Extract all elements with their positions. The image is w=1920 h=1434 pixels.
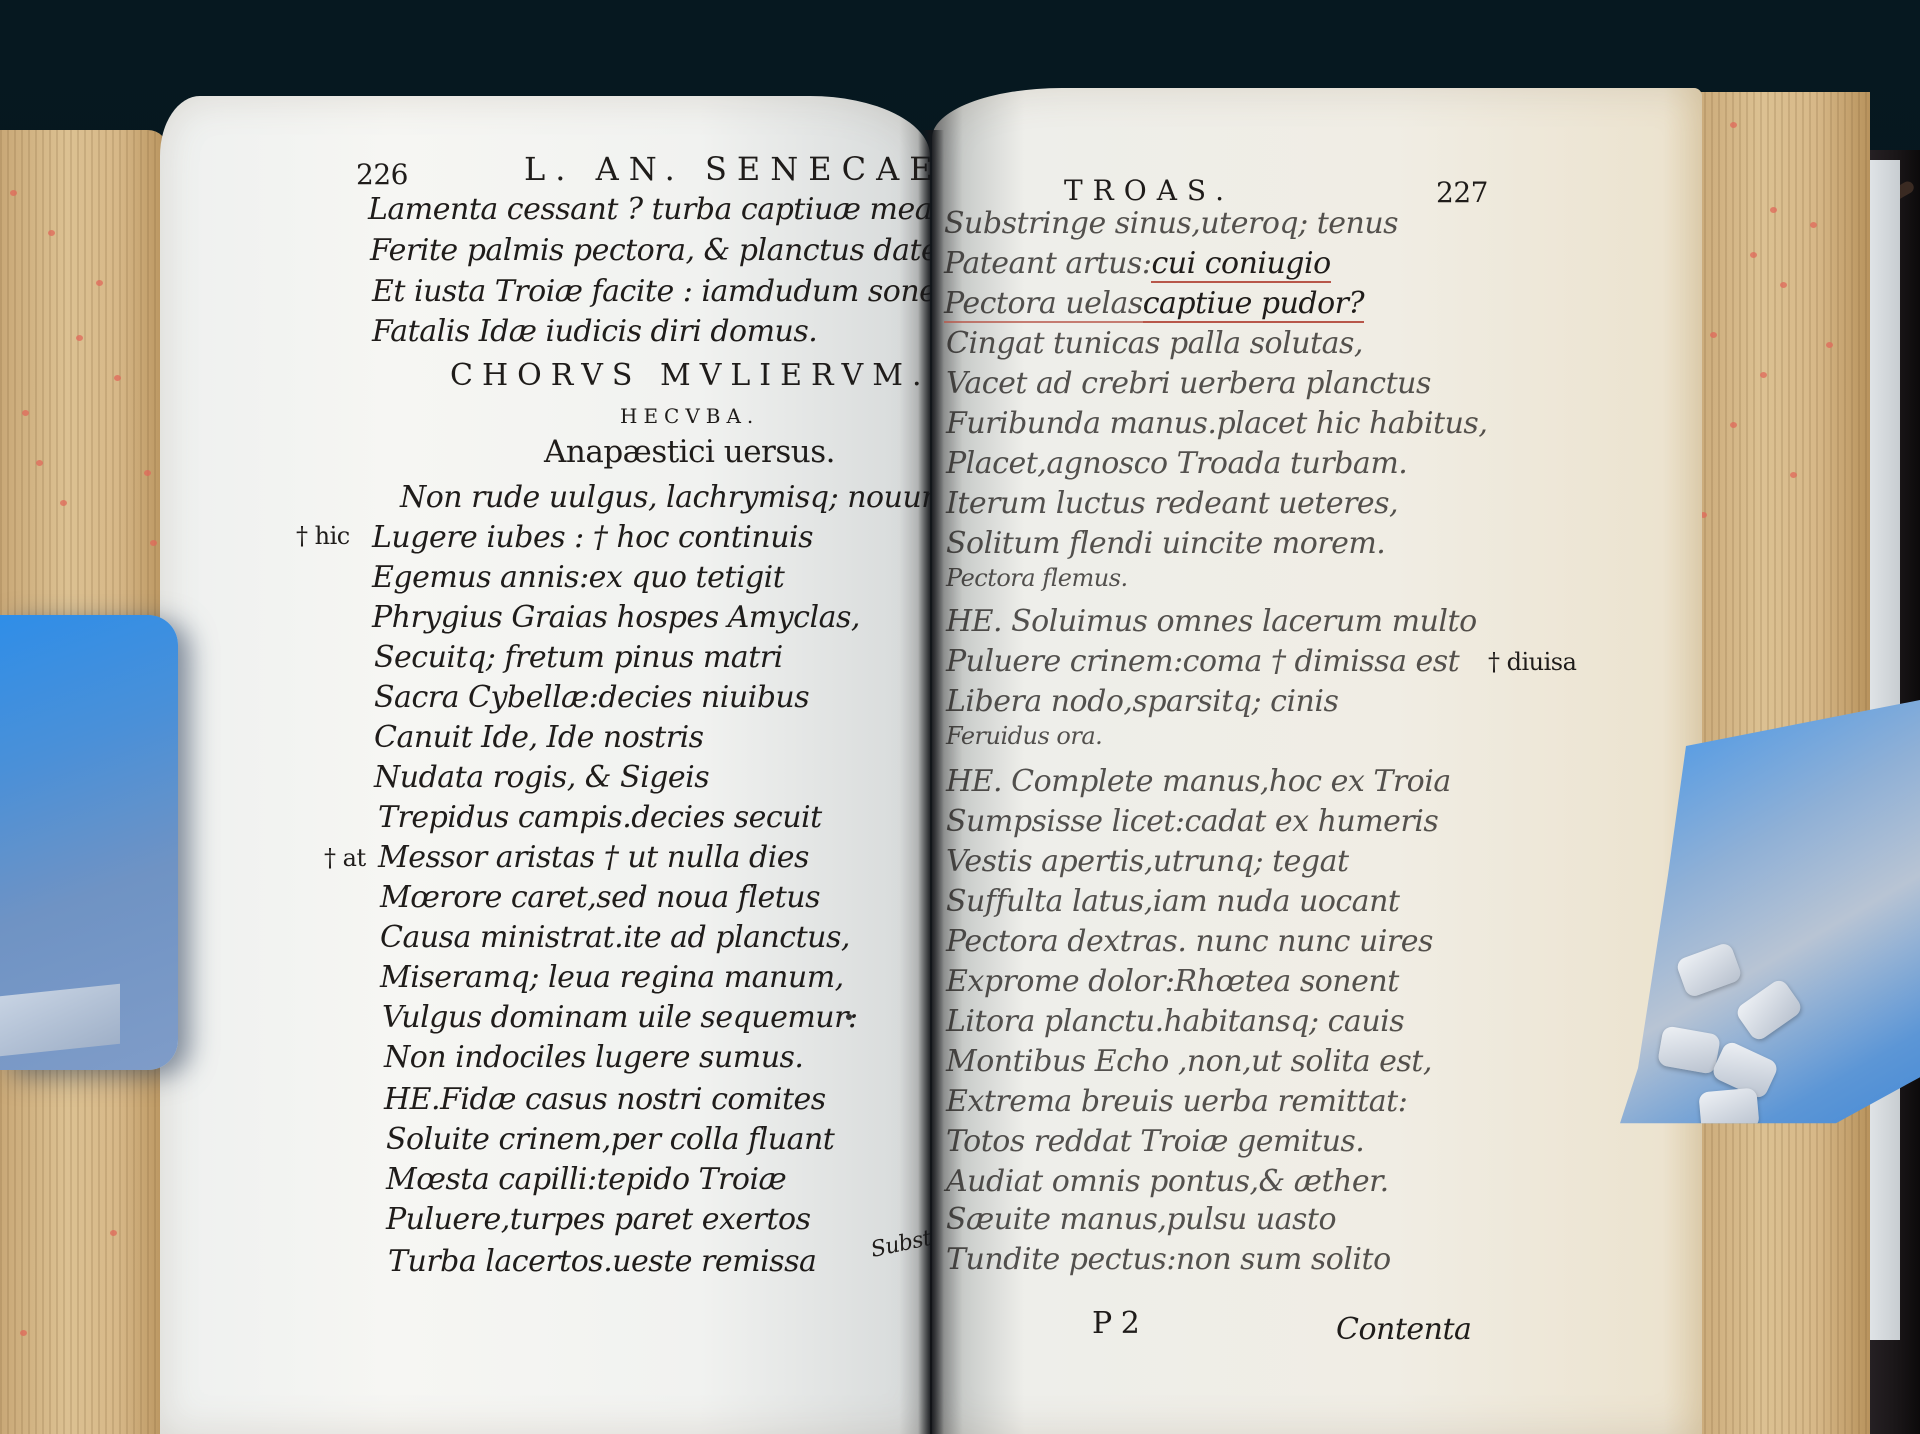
text-line: Vestis apertis,utrunq; tegat [946,844,1349,879]
text-line: Solitum flendi uincite morem. [946,526,1385,561]
text-line: Litora planctu.habitansq; cauis [946,1004,1404,1039]
text-line: Sæuite manus,pulsu uasto [946,1202,1336,1237]
text-line: Ferite palmis pectora, & planctus date, [370,233,930,268]
red-speckle [1770,207,1777,213]
meter-subheading: Anapæstici uersus. [544,434,835,470]
text-line: Furibunda manus.placet hic habitus, [946,406,1487,441]
red-speckle [20,1330,27,1336]
red-speckle [36,460,43,466]
verse-line: Miseramq; leua regina manum, [380,960,844,995]
margin-note: † hic [296,522,350,550]
verse-line: Messor aristas † ut nulla dies [378,840,809,875]
verse-line: Non indociles lugere sumus. [384,1040,803,1075]
verse-line: Canuit Ide, Ide nostris [374,720,704,755]
verse-line: Egemus annis:ex quo tetigit [372,560,784,595]
verse-line: Causa ministrat.ite ad planctus, [380,920,850,955]
pellet [1675,941,1743,998]
text-line: Vacet ad crebri uerbera planctus [946,366,1431,401]
verse-line: Soluite crinem,per colla fluant [386,1122,834,1157]
red-speckle [1750,252,1757,258]
verse-line: Sacra Cybellæ:decies niuibus [374,680,809,715]
text-line: HE. Soluimus omnes lacerum multo [946,604,1477,639]
red-speckle [10,190,17,196]
red-speckle [144,470,151,476]
red-speckle [1730,422,1737,428]
text-line: Audiat omnis pontus,& æther. [946,1164,1389,1199]
running-head: L. AN. SENECAE [524,150,930,188]
text-line: Tundite pectus:non sum solito [946,1242,1391,1277]
text-line: Fatalis Idæ iudicis diri domus. [372,314,817,349]
verse-line: HE.Fidæ casus nostri comites [384,1082,826,1117]
text-line: Pectora flemus. [946,564,1128,592]
text-line: Libera nodo,sparsitq; cinis [946,684,1338,719]
text-line: Placet,agnosco Troada turbam. [946,446,1407,481]
red-speckle [114,375,121,381]
text-line: Cingat tunicas palla solutas, [946,326,1363,361]
folio-number: 226 [356,158,408,191]
margin-note: † at [324,844,366,872]
red-speckle [1780,282,1787,288]
verse-line: Phrygius Graias hospes Amyclas, [372,600,860,635]
book-photo-scene: 226 L. AN. SENECAE Lamenta cessant ? tur… [0,0,1920,1434]
text-line: Extrema breuis uerba remittat: [946,1084,1407,1119]
red-speckle [60,500,67,506]
verse-line: Nudata rogis, & Sigeis [374,760,709,795]
red-speckle [48,230,55,236]
ink-dot [846,1014,852,1020]
book-gutter [918,130,944,1434]
underlined-phrase: captiue pudor? [1143,286,1364,323]
text-line: Substringe sinus,uteroq; tenus [944,206,1398,241]
verse-line: Turba lacertos.ueste remissa [388,1244,816,1279]
pellet [1657,1025,1721,1074]
red-speckle [1790,472,1797,478]
verse-line: Vulgus dominam uile sequemur: [382,1000,858,1035]
text-segment: Pateant artus: [944,246,1151,281]
margin-note: † diuisa [1488,648,1576,676]
text-segment: Pectora uelas [944,286,1143,323]
text-line: Pectora uelascaptiue pudor? [944,286,1364,321]
speaker-name: HECVBA. [620,404,759,428]
text-line: Feruidus ora. [946,722,1102,750]
red-speckle [96,280,103,286]
verse-line: Secuitq; fretum pinus matri [374,640,783,675]
folio-number: 227 [1436,176,1488,209]
text-line: Suffulta latus,iam nuda uocant [946,884,1399,919]
red-speckle [150,540,157,546]
text-line: Pectora dextras. nunc nunc uires [946,924,1433,959]
text-line: Puluere crinem:coma † dimissa est [946,644,1459,679]
red-speckle [1730,122,1737,128]
verse-line: Trepidus campis.decies secuit [378,800,822,835]
verse-line: Mœsta capilli:tepido Troiæ [386,1162,786,1197]
text-line: Pateant artus:cui coniugio [944,246,1331,281]
red-speckle [110,1230,117,1236]
verse-line: Puluere,turpes paret exertos [386,1202,810,1237]
verse-line: Mœrore caret,sed noua fletus [380,880,820,915]
text-line: Lamenta cessant ? turba captiuæ mea [368,192,930,227]
text-line: Et iusta Troiæ facite : iamdudum sonet [372,274,930,309]
signature-mark: P 2 [1092,1306,1139,1341]
page-227: TROAS. 227 Substringe sinus,uteroq; tenu… [932,88,1702,1434]
page-226: 226 L. AN. SENECAE Lamenta cessant ? tur… [160,96,930,1434]
running-head: TROAS. [1064,174,1234,207]
red-speckle [1710,332,1717,338]
red-speckle [22,410,29,416]
red-speckle [1826,342,1833,348]
text-line: Exprome dolor:Rhœtea sonent [946,964,1399,999]
red-speckle [76,335,83,341]
left-weight-bag [0,615,178,1070]
text-line: Montibus Echo ,non,ut solita est, [946,1044,1432,1079]
underlined-phrase: cui coniugio [1151,246,1330,283]
text-line: Sumpsisse licet:cadat ex humeris [946,804,1438,839]
text-line: Totos reddat Troiæ gemitus. [946,1124,1364,1159]
section-heading: CHORVS MVLIERVM. [450,358,930,393]
verse-line: Lugere iubes : † hoc continuis [372,520,813,555]
text-line: HE. Complete manus,hoc ex Troia [946,764,1451,799]
pellet [1734,977,1804,1043]
bag-fold [0,984,120,1057]
red-speckle [1760,372,1767,378]
verse-line: Non rude uulgus, lachrymisq; nouum [400,480,930,515]
text-line: Iterum luctus redeant ueteres, [946,486,1398,521]
catchword: Contenta [1336,1312,1471,1347]
red-speckle [1810,222,1817,228]
